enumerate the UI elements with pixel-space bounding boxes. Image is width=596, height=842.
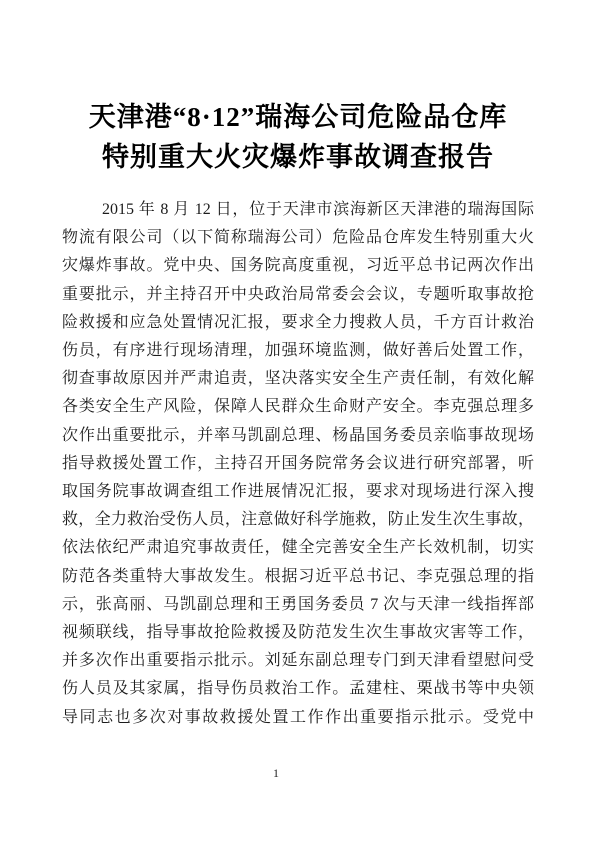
body-text-line: 救，全力救治受伤人员，注意做好科学施救，防止发生次生事故， [62, 506, 534, 534]
body-text-line: 示，张高丽、马凯副总理和王勇国务委员 7 次与天津一线指挥部 [62, 591, 534, 619]
body-text-line: 指导救援处置工作，主持召开国务院常务会议进行研究部署，听 [62, 450, 534, 478]
body-text-line: 2015 年 8 月 12 日，位于天津市滨海新区天津港的瑞海国际 [62, 196, 534, 224]
document-page: 天津港“8·12”瑞海公司危险品仓库 特别重大火灾爆炸事故调查报告 2015 年… [0, 0, 596, 842]
body-text-line: 视频联线，指导事故抢险救援及防范发生次生事故灾害等工作， [62, 619, 534, 647]
body-text-line: 各类安全生产风险，保障人民群众生命财产安全。李克强总理多 [62, 393, 534, 421]
page-number: 1 [0, 766, 552, 781]
body-text-line: 伤员，有序进行现场清理，加强环境监测，做好善后处置工作， [62, 337, 534, 365]
report-title: 天津港“8·12”瑞海公司危险品仓库 特别重大火灾爆炸事故调查报告 [0, 97, 596, 177]
body-text-line: 物流有限公司（以下简称瑞海公司）危险品仓库发生特别重大火 [62, 224, 534, 252]
report-body-paragraph: 2015 年 8 月 12 日，位于天津市滨海新区天津港的瑞海国际 物流有限公司… [62, 196, 534, 732]
body-text-line: 导同志也多次对事故救援处置工作作出重要指示批示。受党中 [62, 704, 534, 732]
body-text-line: 防范各类重特大事故发生。根据习近平总书记、李克强总理的指 [62, 563, 534, 591]
body-text-line: 取国务院事故调查组工作进展情况汇报，要求对现场进行深入搜 [62, 478, 534, 506]
report-title-line-1: 天津港“8·12”瑞海公司危险品仓库 [0, 97, 596, 137]
body-text-line: 险救援和应急处置情况汇报，要求全力搜救人员，千方百计救治 [62, 309, 534, 337]
body-text-line: 灾爆炸事故。党中央、国务院高度重视，习近平总书记两次作出 [62, 252, 534, 280]
report-title-line-2: 特别重大火灾爆炸事故调查报告 [0, 137, 596, 177]
body-text-line: 重要批示，并主持召开中央政治局常委会会议，专题听取事故抢 [62, 281, 534, 309]
body-text-line: 并多次作出重要指示批示。刘延东副总理专门到天津看望慰问受 [62, 647, 534, 675]
body-text-line: 依法依纪严肃追究事故责任，健全完善安全生产长效机制，切实 [62, 534, 534, 562]
body-text-line: 彻查事故原因并严肃追责，坚决落实安全生产责任制，有效化解 [62, 365, 534, 393]
body-text-line: 次作出重要批示，并率马凯副总理、杨晶国务委员亲临事故现场 [62, 422, 534, 450]
body-text-line: 伤人员及其家属，指导伤员救治工作。孟建柱、栗战书等中央领 [62, 675, 534, 703]
